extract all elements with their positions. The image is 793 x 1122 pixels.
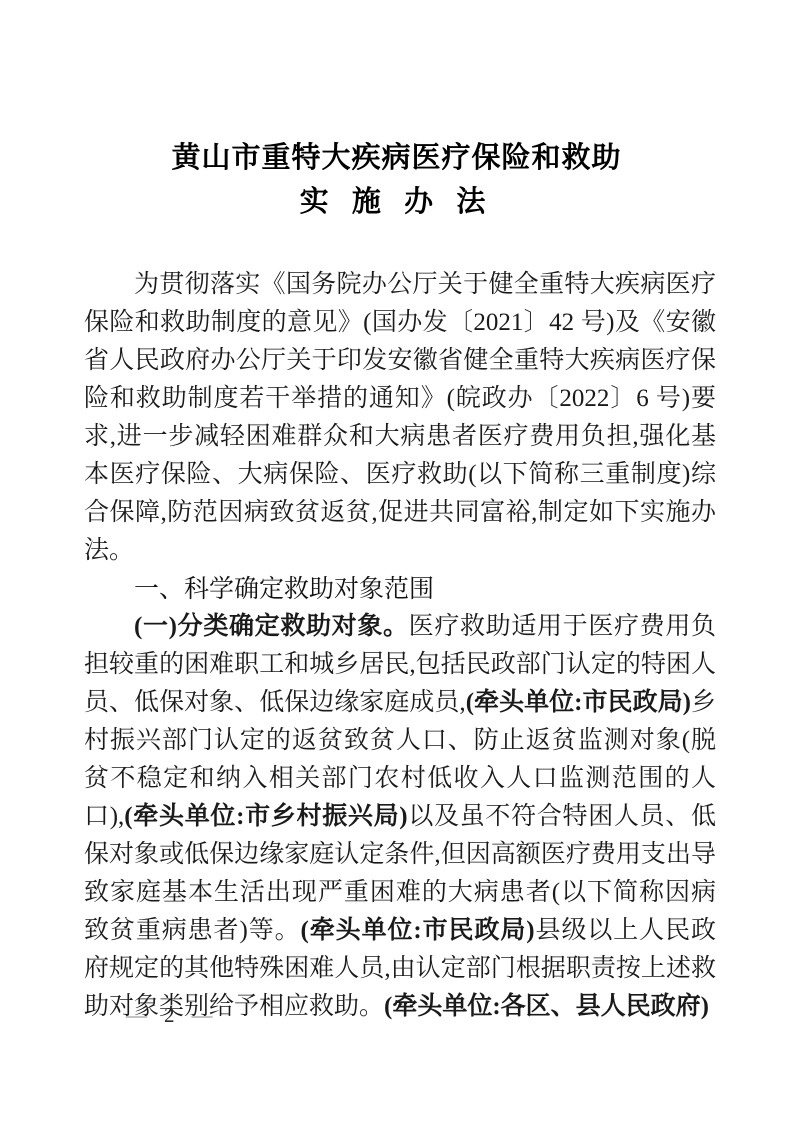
document-body: 为贯彻落实《国务院办公厅关于健全重特大疾病医疗保险和救助制度的意见》(国办发〔2… <box>84 266 716 1026</box>
document-page: 黄山市重特大疾病医疗保险和救助 实 施 办 法 为贯彻落实《国务院办公厅关于健全… <box>0 0 793 1122</box>
title-line-2: 实 施 办 法 <box>0 180 793 224</box>
text-segment-bold: (牵头单位:市民政局) <box>301 917 535 944</box>
text-segment-bold: (牵头单位:各区、县人民政府) <box>384 993 709 1020</box>
document-title: 黄山市重特大疾病医疗保险和救助 实 施 办 法 <box>0 136 793 224</box>
page-footer: — 2 — <box>126 1003 213 1028</box>
text-segment-normal: 一、科学确定救助对象范围 <box>134 575 434 603</box>
text-segment-normal: 为贯彻落实《国务院办公厅关于健全重特大疾病医疗保险和救助制度的意见》(国办发〔2… <box>84 271 716 564</box>
section-heading: 一、科学确定救助对象范围 <box>84 570 716 608</box>
text-segment-bold: (牵头单位:市民政局) <box>466 689 691 716</box>
text-segment-bold: (一)分类确定救助对象。 <box>134 613 409 640</box>
page-number: 2 <box>164 1003 175 1028</box>
paragraph: 为贯彻落实《国务院办公厅关于健全重特大疾病医疗保险和救助制度的意见》(国办发〔2… <box>84 266 716 570</box>
title-line-1: 黄山市重特大疾病医疗保险和救助 <box>0 136 793 180</box>
footer-left-dash: — <box>126 1003 147 1028</box>
text-segment-bold: (牵头单位:市乡村振兴局) <box>124 803 407 830</box>
paragraph: (一)分类确定救助对象。医疗救助适用于医疗费用负担较重的困难职工和城乡居民,包括… <box>84 608 716 1026</box>
footer-right-dash: — <box>192 1003 213 1028</box>
